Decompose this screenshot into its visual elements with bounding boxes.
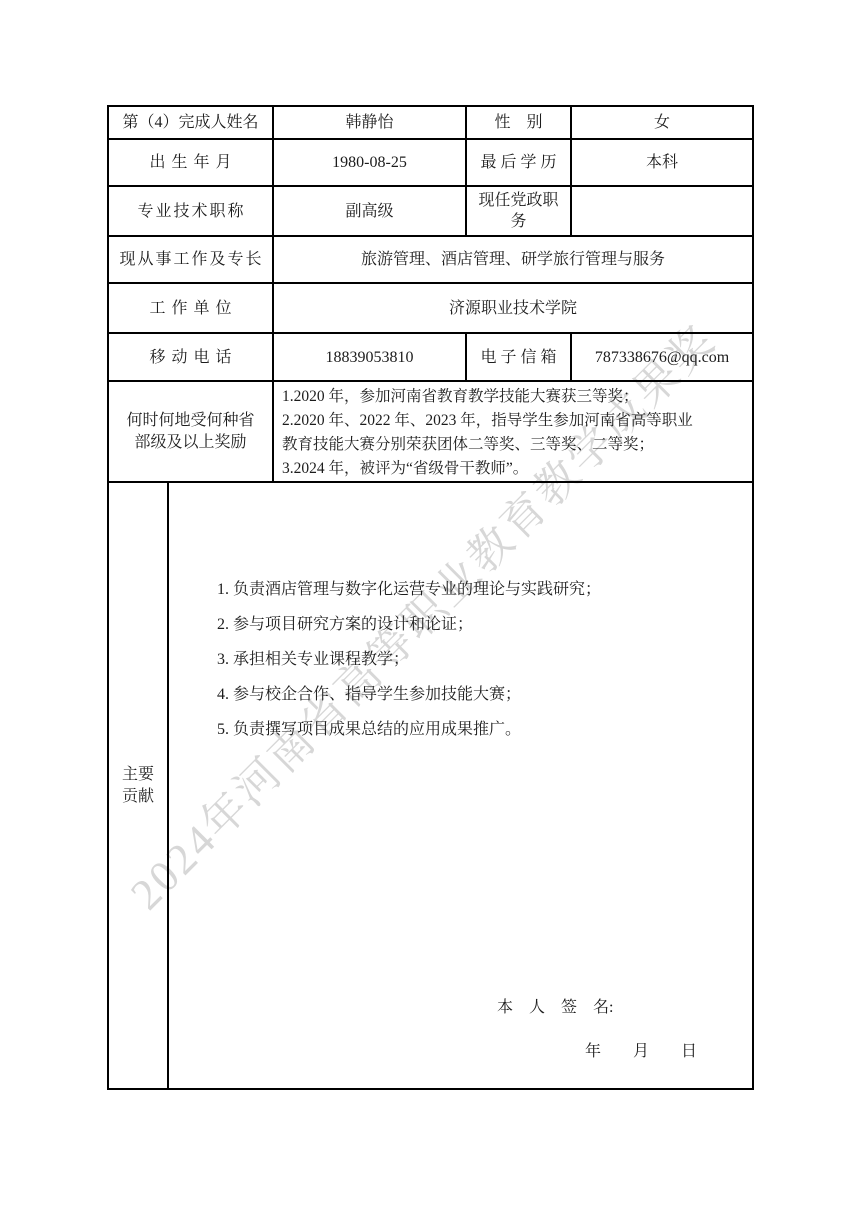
row-name-gender: 第（4）完成人姓名 韩静怡 性 别 女 <box>109 107 754 140</box>
label-awards: 何时何地受何种省 部级及以上奖励 <box>109 382 274 483</box>
label-email: 电子信箱 <box>467 334 572 382</box>
label-main-contribution-line2: 贡献 <box>122 786 154 808</box>
row-work-unit: 工作单位 济源职业技术学院 <box>109 284 754 334</box>
label-main-contribution: 主要 贡献 <box>109 483 169 1090</box>
row-phone-email: 移动电话 18839053810 电子信箱 787338676@qq.com <box>109 334 754 382</box>
contribution-item: 3. 承担相关专业课程教学； <box>217 651 742 668</box>
contribution-list: 1. 负责酒店管理与数字化运营专业的理论与实践研究； 2. 参与项目研究方案的设… <box>169 483 752 738</box>
contribution-item: 5. 负责撰写项目成果总结的应用成果推广。 <box>217 721 742 738</box>
value-birth-date: 1980-08-25 <box>274 140 467 187</box>
label-work-unit: 工作单位 <box>109 284 274 334</box>
award-line: 教育技能大赛分别荣获团体二等奖、三等奖、二等奖； <box>282 433 744 457</box>
label-professional-title: 专业技术职称 <box>109 187 274 237</box>
row-awards: 何时何地受何种省 部级及以上奖励 1.2020 年，参加河南省教育教学技能大赛获… <box>109 382 754 483</box>
award-line: 2.2020 年、2022 年、2023 年，指导学生参加河南省高等职业 <box>282 409 744 433</box>
contribution-item: 2. 参与项目研究方案的设计和论证； <box>217 616 742 633</box>
label-main-contribution-line1: 主要 <box>122 764 154 786</box>
label-mobile-phone: 移动电话 <box>109 334 274 382</box>
label-final-education: 最后学历 <box>467 140 572 187</box>
label-current-work: 现从事工作及专长 <box>109 237 274 284</box>
row-title-position: 专业技术职称 副高级 现任党政职务 <box>109 187 754 237</box>
signature-label: 本 人 签 名: <box>497 997 613 1018</box>
label-party-position: 现任党政职务 <box>467 187 572 237</box>
value-final-education: 本科 <box>572 140 754 187</box>
label-awards-line1: 何时何地受何种省 <box>126 410 254 432</box>
label-completer-name: 第（4）完成人姓名 <box>109 107 274 140</box>
document-page: { "watermark": { "text": "2024年河南省高等职业教育… <box>0 0 859 1216</box>
row-specialty: 现从事工作及专长 旅游管理、酒店管理、研学旅行管理与服务 <box>109 237 754 284</box>
award-line: 1.2020 年，参加河南省教育教学技能大赛获三等奖； <box>282 385 744 409</box>
value-work-unit: 济源职业技术学院 <box>274 284 754 334</box>
value-main-contribution: 1. 负责酒店管理与数字化运营专业的理论与实践研究； 2. 参与项目研究方案的设… <box>169 483 754 1090</box>
award-line: 3.2024 年，被评为“省级骨干教师”。 <box>282 457 744 481</box>
contribution-item: 1. 负责酒店管理与数字化运营专业的理论与实践研究； <box>217 581 742 598</box>
value-mobile-phone: 18839053810 <box>274 334 467 382</box>
value-party-position <box>572 187 754 237</box>
contribution-item: 4. 参与校企合作、指导学生参加技能大赛； <box>217 686 742 703</box>
value-awards: 1.2020 年，参加河南省教育教学技能大赛获三等奖； 2.2020 年、202… <box>274 382 754 483</box>
value-current-work: 旅游管理、酒店管理、研学旅行管理与服务 <box>274 237 754 284</box>
value-gender: 女 <box>572 107 754 140</box>
label-awards-line2: 部级及以上奖励 <box>134 432 246 454</box>
info-table: 第（4）完成人姓名 韩静怡 性 别 女 出生年月 1980-08-25 最后学历… <box>107 105 754 1090</box>
row-birth-education: 出生年月 1980-08-25 最后学历 本科 <box>109 140 754 187</box>
label-birth-date: 出生年月 <box>109 140 274 187</box>
value-professional-title: 副高级 <box>274 187 467 237</box>
signature-date-line: 年 月 日 <box>585 1041 697 1062</box>
row-main-contribution: 主要 贡献 1. 负责酒店管理与数字化运营专业的理论与实践研究； 2. 参与项目… <box>109 483 754 1090</box>
value-email: 787338676@qq.com <box>572 334 754 382</box>
value-completer-name: 韩静怡 <box>274 107 467 140</box>
label-gender: 性 别 <box>467 107 572 140</box>
